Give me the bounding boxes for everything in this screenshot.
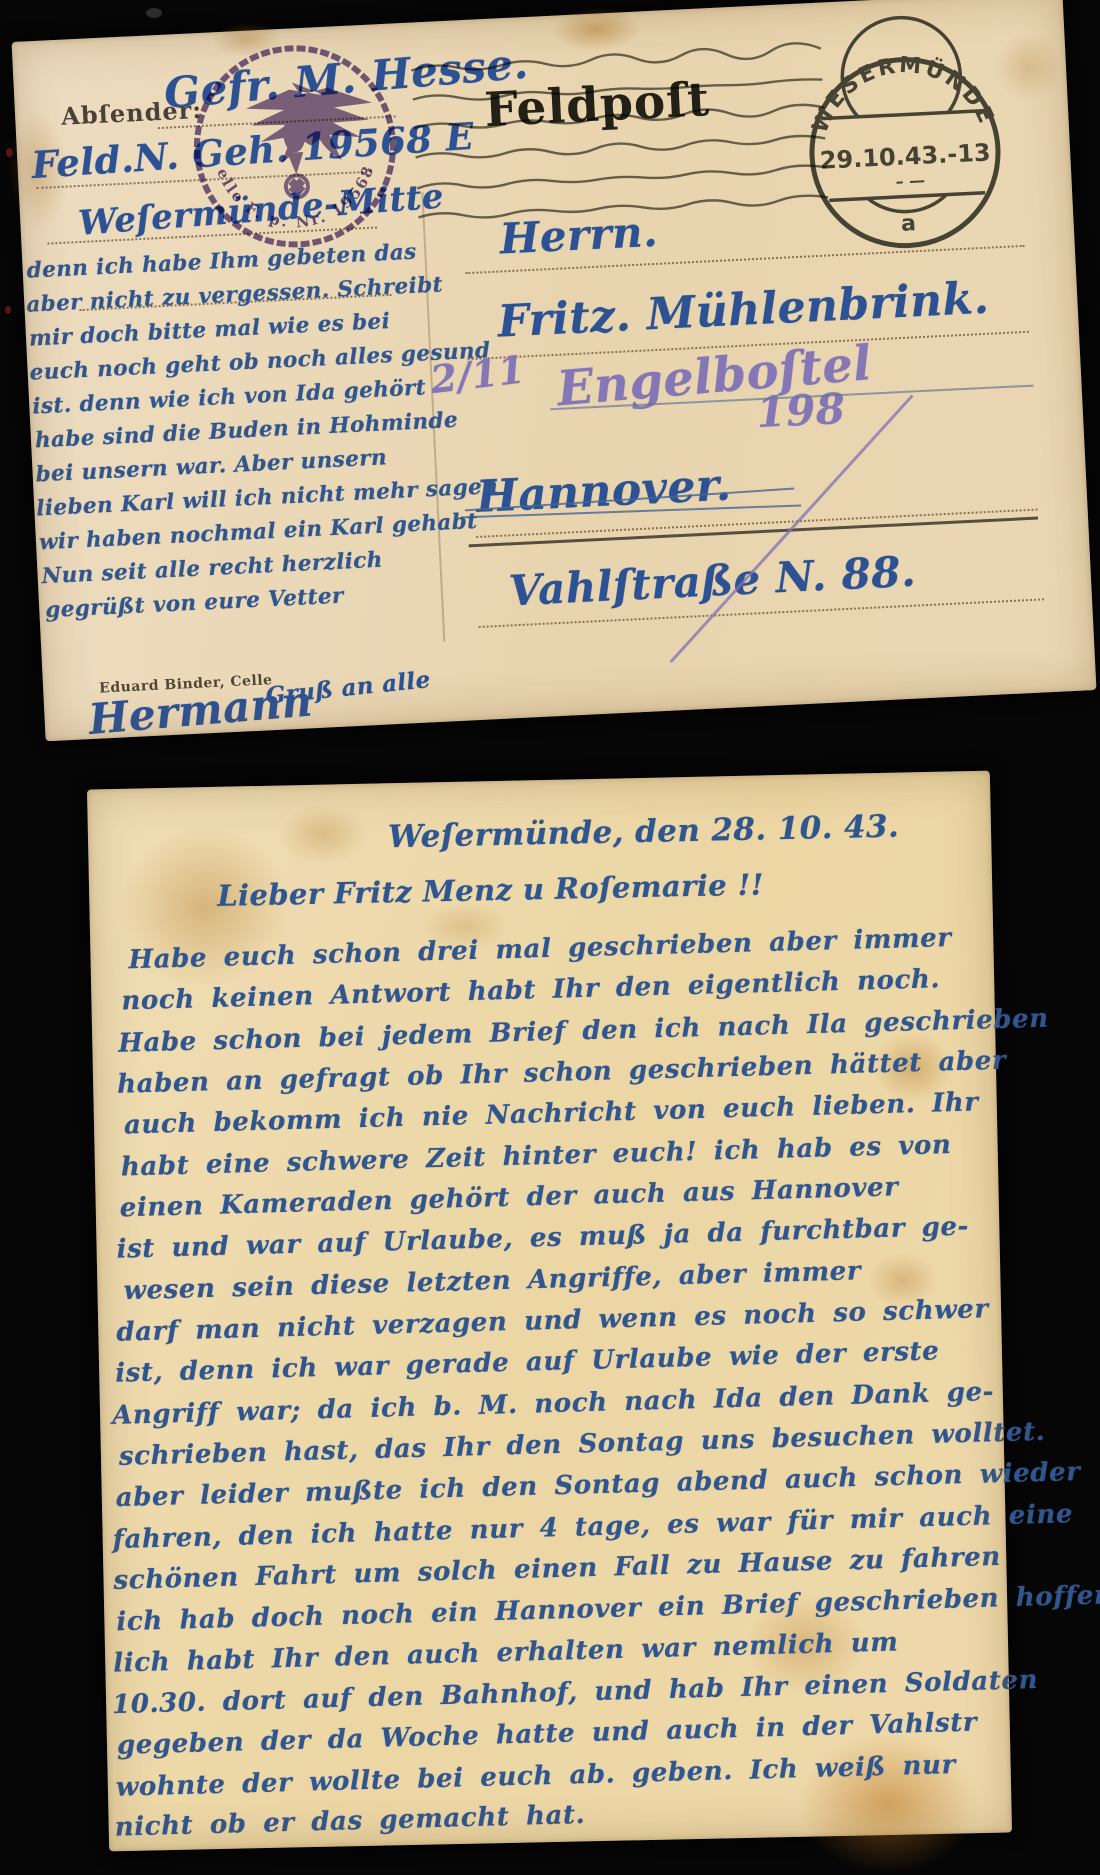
address-crossed-city: Hannover. <box>475 460 732 523</box>
feldpost-unit-stamp: ſtelle F. p. Nr. 19568 E <box>182 33 408 259</box>
red-edge-speck <box>5 306 11 314</box>
svg-text:a: a <box>900 211 916 237</box>
address-pencil-number: 198 <box>755 384 846 437</box>
front-message-line: gegrüßt von eure Vetter <box>45 584 345 624</box>
address-salutation: Herrn. <box>499 207 659 264</box>
front-message-line: Nun seit alle recht herzlich <box>41 548 383 590</box>
svg-text:ſtelle F. p. Nr. 19568 E: ſtelle F. p. Nr. 19568 E <box>174 21 381 237</box>
address-street: Vahlſtraße N. 88. <box>508 547 917 616</box>
letter-body-line: wesen sein diese letzten Angriffe, aber … <box>123 1256 861 1306</box>
postcard-front: Abſender: Gefr. M. Hesse. Feld.N. Geh. 1… <box>12 0 1097 741</box>
svg-text:WESERMÜNDE: WESERMÜNDE <box>804 48 1000 138</box>
postcard-back: Weſermünde, den 28. 10. 43. Lieber Fritz… <box>87 771 1012 1852</box>
letter-body-line: lich habt Ihr den auch erhalten war neml… <box>113 1627 899 1678</box>
paper-stain <box>277 804 368 866</box>
wesermuende-postmark: WESERMÜNDE 29.10.43.-13 – — a <box>800 48 1010 258</box>
red-edge-speck <box>6 148 13 157</box>
letter-body-line: nicht ob er das gemacht hat. <box>114 1800 585 1843</box>
svg-text:29.10.43.-13: 29.10.43.-13 <box>819 138 991 174</box>
letter-dateline: Weſermünde, den 28. 10. 43. <box>388 809 900 856</box>
paper-stain <box>992 31 1065 104</box>
letter-body-line: wohnte der wollte bei euch ab. geben. Ic… <box>115 1750 956 1803</box>
svg-text:– —: – — <box>895 171 925 191</box>
letter-salutation: Lieber Fritz Menz u Roſemarie !! <box>217 867 764 912</box>
dust-speck <box>146 8 162 18</box>
photo-background: Abſender: Gefr. M. Hesse. Feld.N. Geh. 1… <box>0 0 1100 1875</box>
